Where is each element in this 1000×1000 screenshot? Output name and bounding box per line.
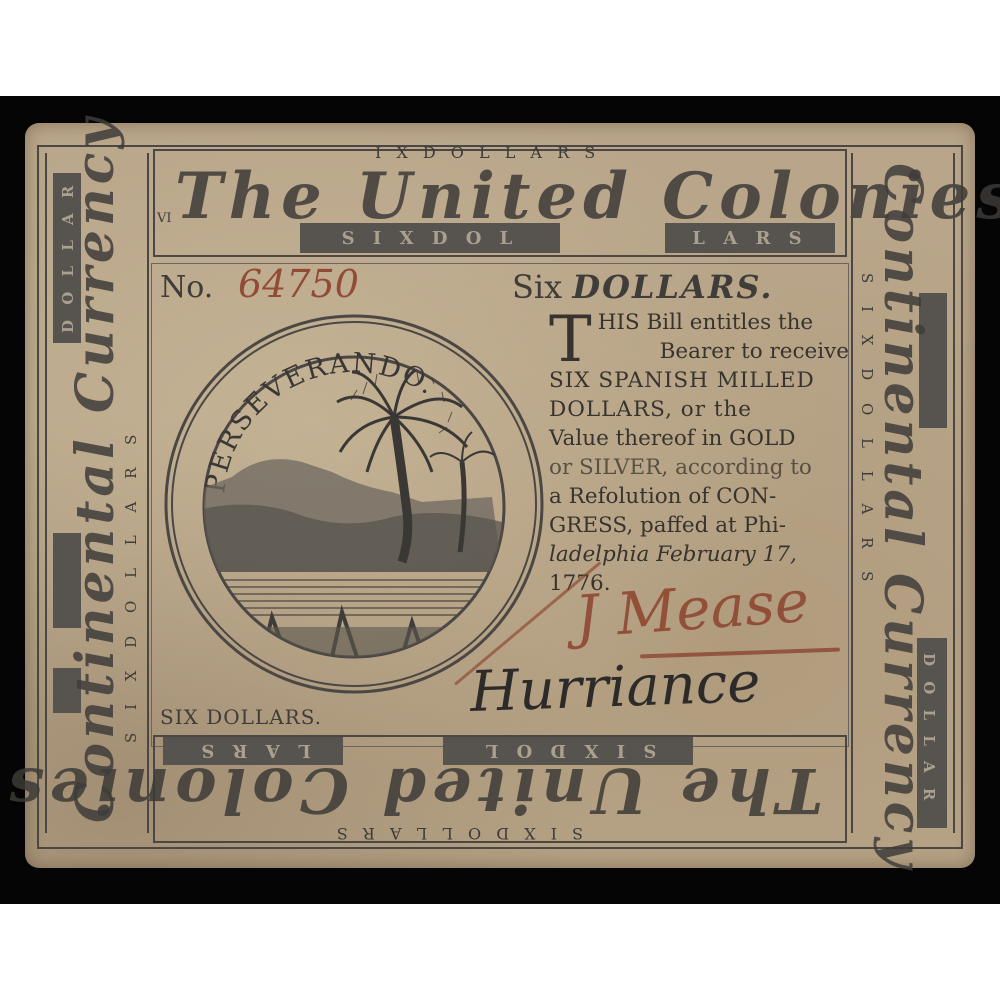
denomination-heading: Six DOLLARS. — [512, 268, 774, 306]
bill-text-line: HIS Bill entitles the — [549, 308, 849, 337]
bottom-border-box-right: S I X D O L — [443, 737, 693, 765]
top-border-roman-numeral: VI — [157, 211, 172, 226]
right-border-small-text: S I X D O L L A R S — [858, 273, 876, 590]
bill-text: T HIS Bill entitles the Bearer to receiv… — [549, 308, 849, 598]
left-border-script-wrap: Continental Currency — [65, 114, 126, 823]
denomination-six: Six — [512, 268, 562, 306]
bill-text-line: a Refolution of CON- — [549, 482, 849, 511]
bill-text-dropcap: T — [549, 314, 592, 366]
top-border-small-text: I X D O L L A R S — [375, 143, 600, 162]
banknote: The United Colonies S I X D O L L A R S … — [25, 123, 975, 868]
bill-text-line: SIX SPANISH MILLED — [549, 366, 849, 395]
bill-text-line: Bearer to receive — [549, 337, 849, 366]
right-border-small-wrap: S I X D O L L A R S — [858, 273, 877, 590]
bill-text-line: GRESS, paffed at Phi- — [549, 511, 849, 540]
left-border-small-wrap: S I X D O L L A R S — [121, 426, 140, 743]
bill-text-line: or SILVER, according to — [549, 453, 849, 482]
perseverando-seal: PERSEVERANDO. — [162, 312, 547, 697]
bottom-border-inverted-group: The United Colonies S I X D O L L A R S … — [153, 735, 843, 839]
signature-black-ink: Hurriance — [469, 650, 761, 725]
left-border-script-text: Continental Currency — [65, 114, 126, 823]
serial-label: No. — [160, 270, 213, 305]
top-border-box-left: S I X D O L — [300, 223, 560, 253]
top-border-box-right: L A R S — [665, 223, 835, 253]
denomination-dollars: DOLLARS. — [572, 268, 773, 306]
bottom-border-small-text: S I X D O L L A R S — [332, 824, 583, 843]
right-border-script-wrap: Continental Currency — [872, 163, 933, 872]
bill-text-line: Value thereof in GOLD — [549, 424, 849, 453]
right-border-script-text: Continental Currency — [872, 163, 933, 872]
bill-text-line: DOLLARS, or the — [549, 395, 849, 424]
serial-number: 64750 — [238, 262, 359, 306]
left-border-small-text: S I X D O L L A R S — [122, 426, 140, 743]
bottom-border-box-left: L A R S — [163, 737, 343, 765]
small-denomination: SIX DOLLARS. — [160, 705, 322, 729]
